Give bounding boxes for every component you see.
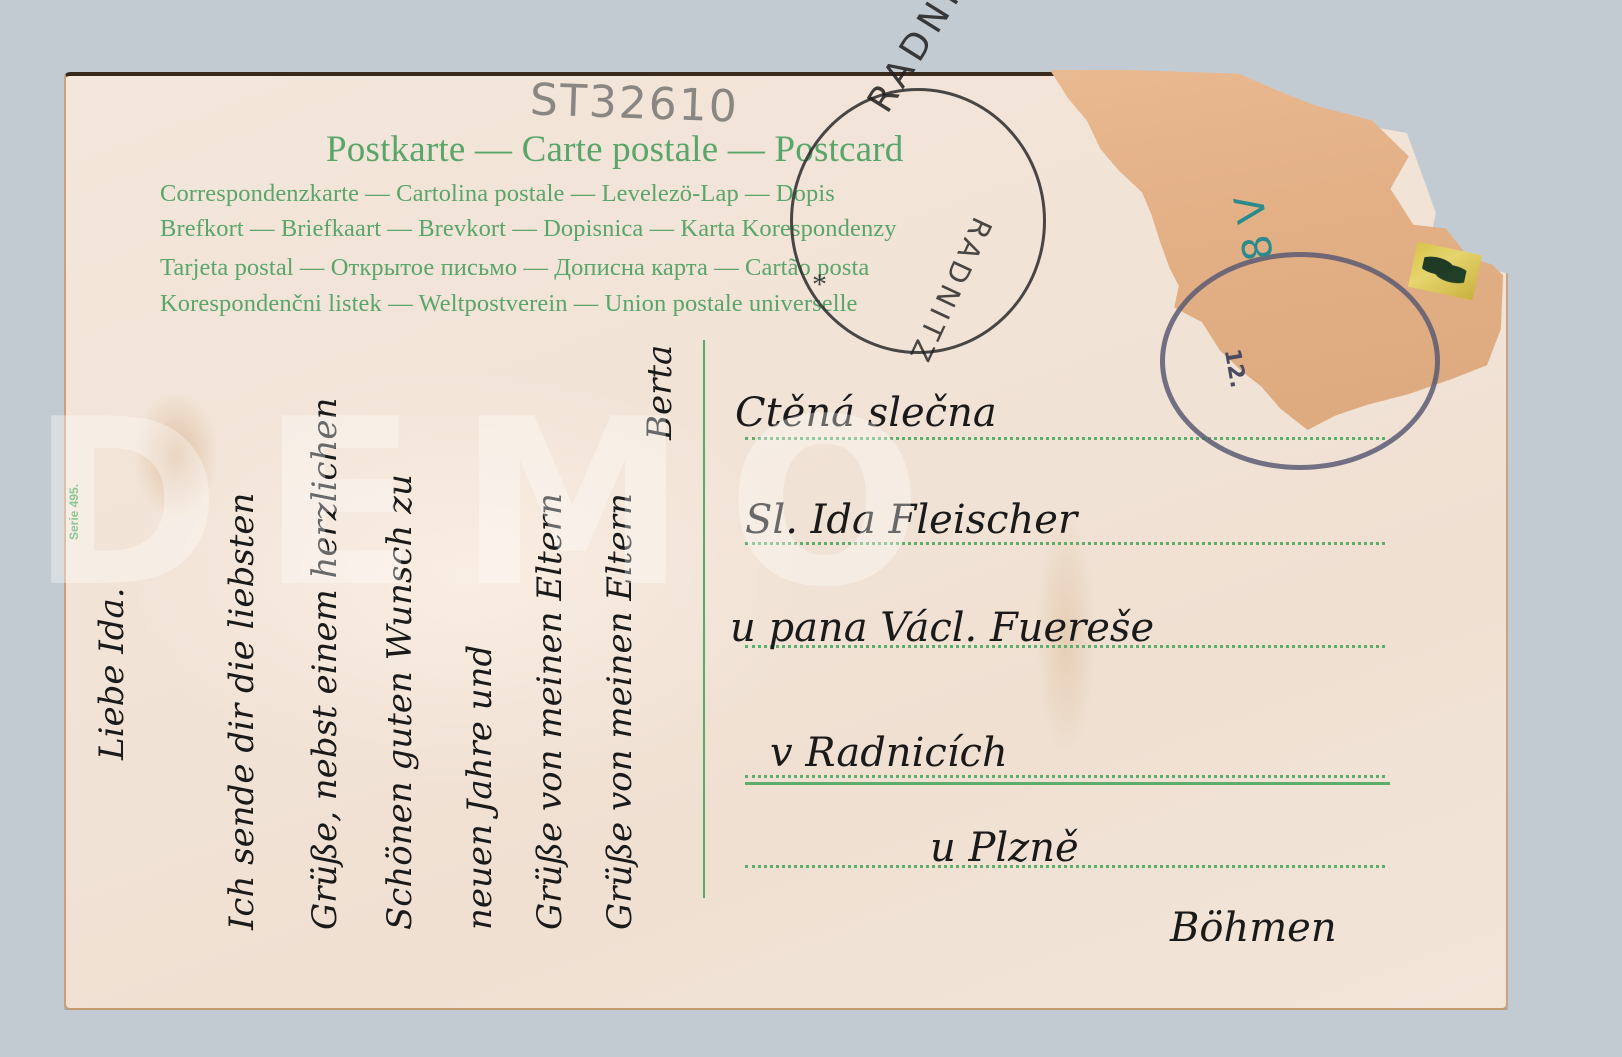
message-line: neuen Jahre und — [460, 645, 500, 930]
pencil-inventory-number: ST32610 — [529, 74, 739, 132]
message-line: Liebe Ida. — [92, 587, 132, 760]
printed-line-2: Brefkort — Briefkaart — Brevkort — Dopis… — [160, 215, 897, 243]
postmark-radnice — [790, 88, 1046, 354]
printed-line-3: Tarjeta postal — Открытое письмо — Допис… — [160, 254, 869, 282]
message-line: Grüße von meinen Eltern — [530, 493, 570, 930]
printed-line-4: Korespondenčni listek — Weltpostverein —… — [160, 290, 858, 318]
series-label: Serie 495. — [67, 484, 81, 540]
message-line: Grüße, nebst einem herzlichen — [305, 398, 345, 930]
postmark-arrival — [1160, 252, 1440, 470]
address-care-of: u pana Václ. Fuereše — [730, 605, 1154, 651]
postmark-star-icon: * — [812, 268, 827, 302]
address-underline — [745, 782, 1390, 785]
center-divider — [703, 340, 705, 898]
address-name: Sl. Ida Fleischer — [745, 497, 1077, 543]
address-country: Böhmen — [1170, 905, 1337, 951]
printed-line-1: Correspondenzkarte — Cartolina postale —… — [160, 180, 835, 208]
address-region: u Plzně — [930, 825, 1079, 871]
message-line: Schönen guten Wunsch zu — [380, 474, 420, 930]
message-line: Grüße von meinen Eltern — [600, 493, 640, 930]
photo-scene: ST32610 Postkarte — Carte postale — Post… — [0, 0, 1622, 1057]
address-town: v Radnicích — [770, 730, 1008, 776]
message-line: Ich sende dir die liebsten — [222, 493, 262, 930]
message-signature: Berta — [640, 345, 680, 440]
address-salutation: Ctěná slečna — [735, 390, 997, 436]
